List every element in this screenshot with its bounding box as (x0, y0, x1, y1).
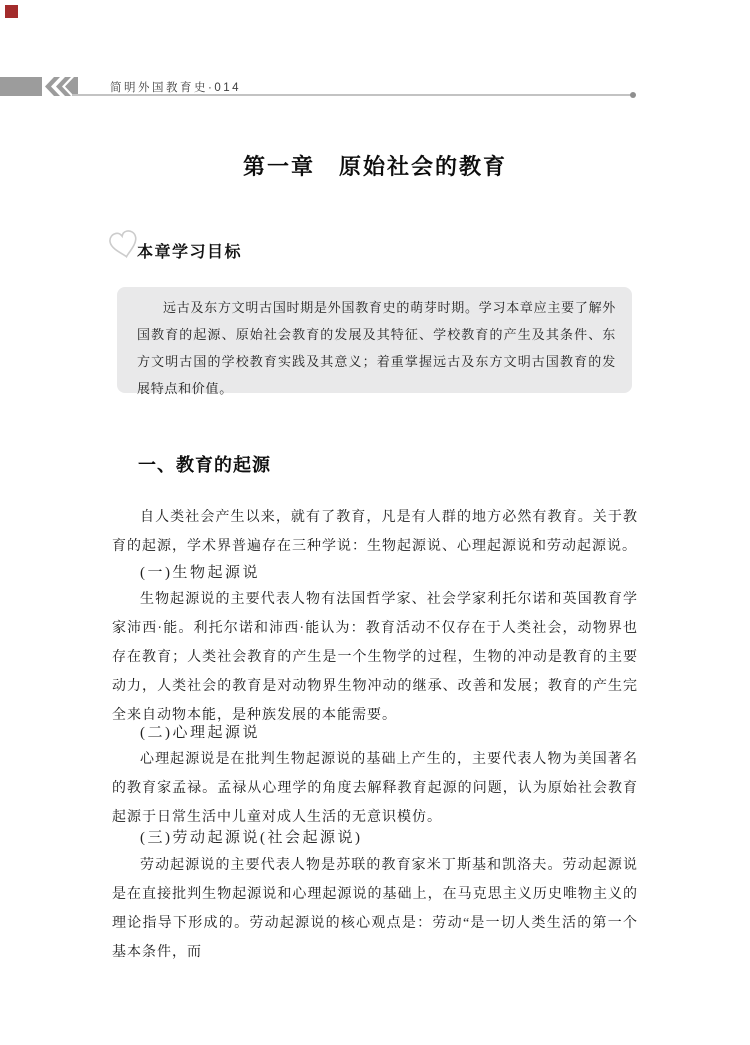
section-heading: 一、教育的起源 (112, 451, 271, 477)
heart-icon (107, 229, 141, 261)
objectives-text: 远古及东方文明古国时期是外国教育史的萌芽时期。学习本章应主要了解外国教育的起源、… (137, 294, 616, 402)
chevron-tab-icon (0, 77, 80, 96)
paragraph-intro: 自人类社会产生以来，就有了教育，凡是有人群的地方必然有教育。关于教育的起源，学术… (112, 503, 638, 561)
book-page: 简明外国教育史·014 第一章 原始社会的教育 本章学习目标 远古及东方文明古国… (0, 0, 750, 1045)
subsection-heading-biological: (一)生物起源说 (112, 561, 260, 582)
chapter-title: 第一章 原始社会的教育 (112, 150, 638, 181)
subsection-heading-psychological: (二)心理起源说 (112, 721, 260, 742)
corner-mark (5, 5, 18, 18)
objectives-label: 本章学习目标 (137, 239, 242, 262)
paragraph-psychological: 心理起源说是在批判生物起源说的基础上产生的，主要代表人物为美国著名的教育家孟禄。… (112, 745, 638, 832)
objectives-box: 远古及东方文明古国时期是外国教育史的萌芽时期。学习本章应主要了解外国教育的起源、… (117, 287, 632, 393)
paragraph-biological: 生物起源说的主要代表人物有法国哲学家、社会学家利托尔诺和英国教育学家沛西·能。利… (112, 585, 638, 730)
paragraph-labor: 劳动起源说的主要代表人物是苏联的教育家米丁斯基和凯洛夫。劳动起源说是在直接批判生… (112, 851, 638, 967)
header-rule (72, 94, 632, 96)
running-head: 简明外国教育史·014 (110, 79, 241, 95)
subsection-heading-labor: (三)劳动起源说(社会起源说) (112, 826, 362, 847)
header-rule-dot (630, 92, 636, 98)
